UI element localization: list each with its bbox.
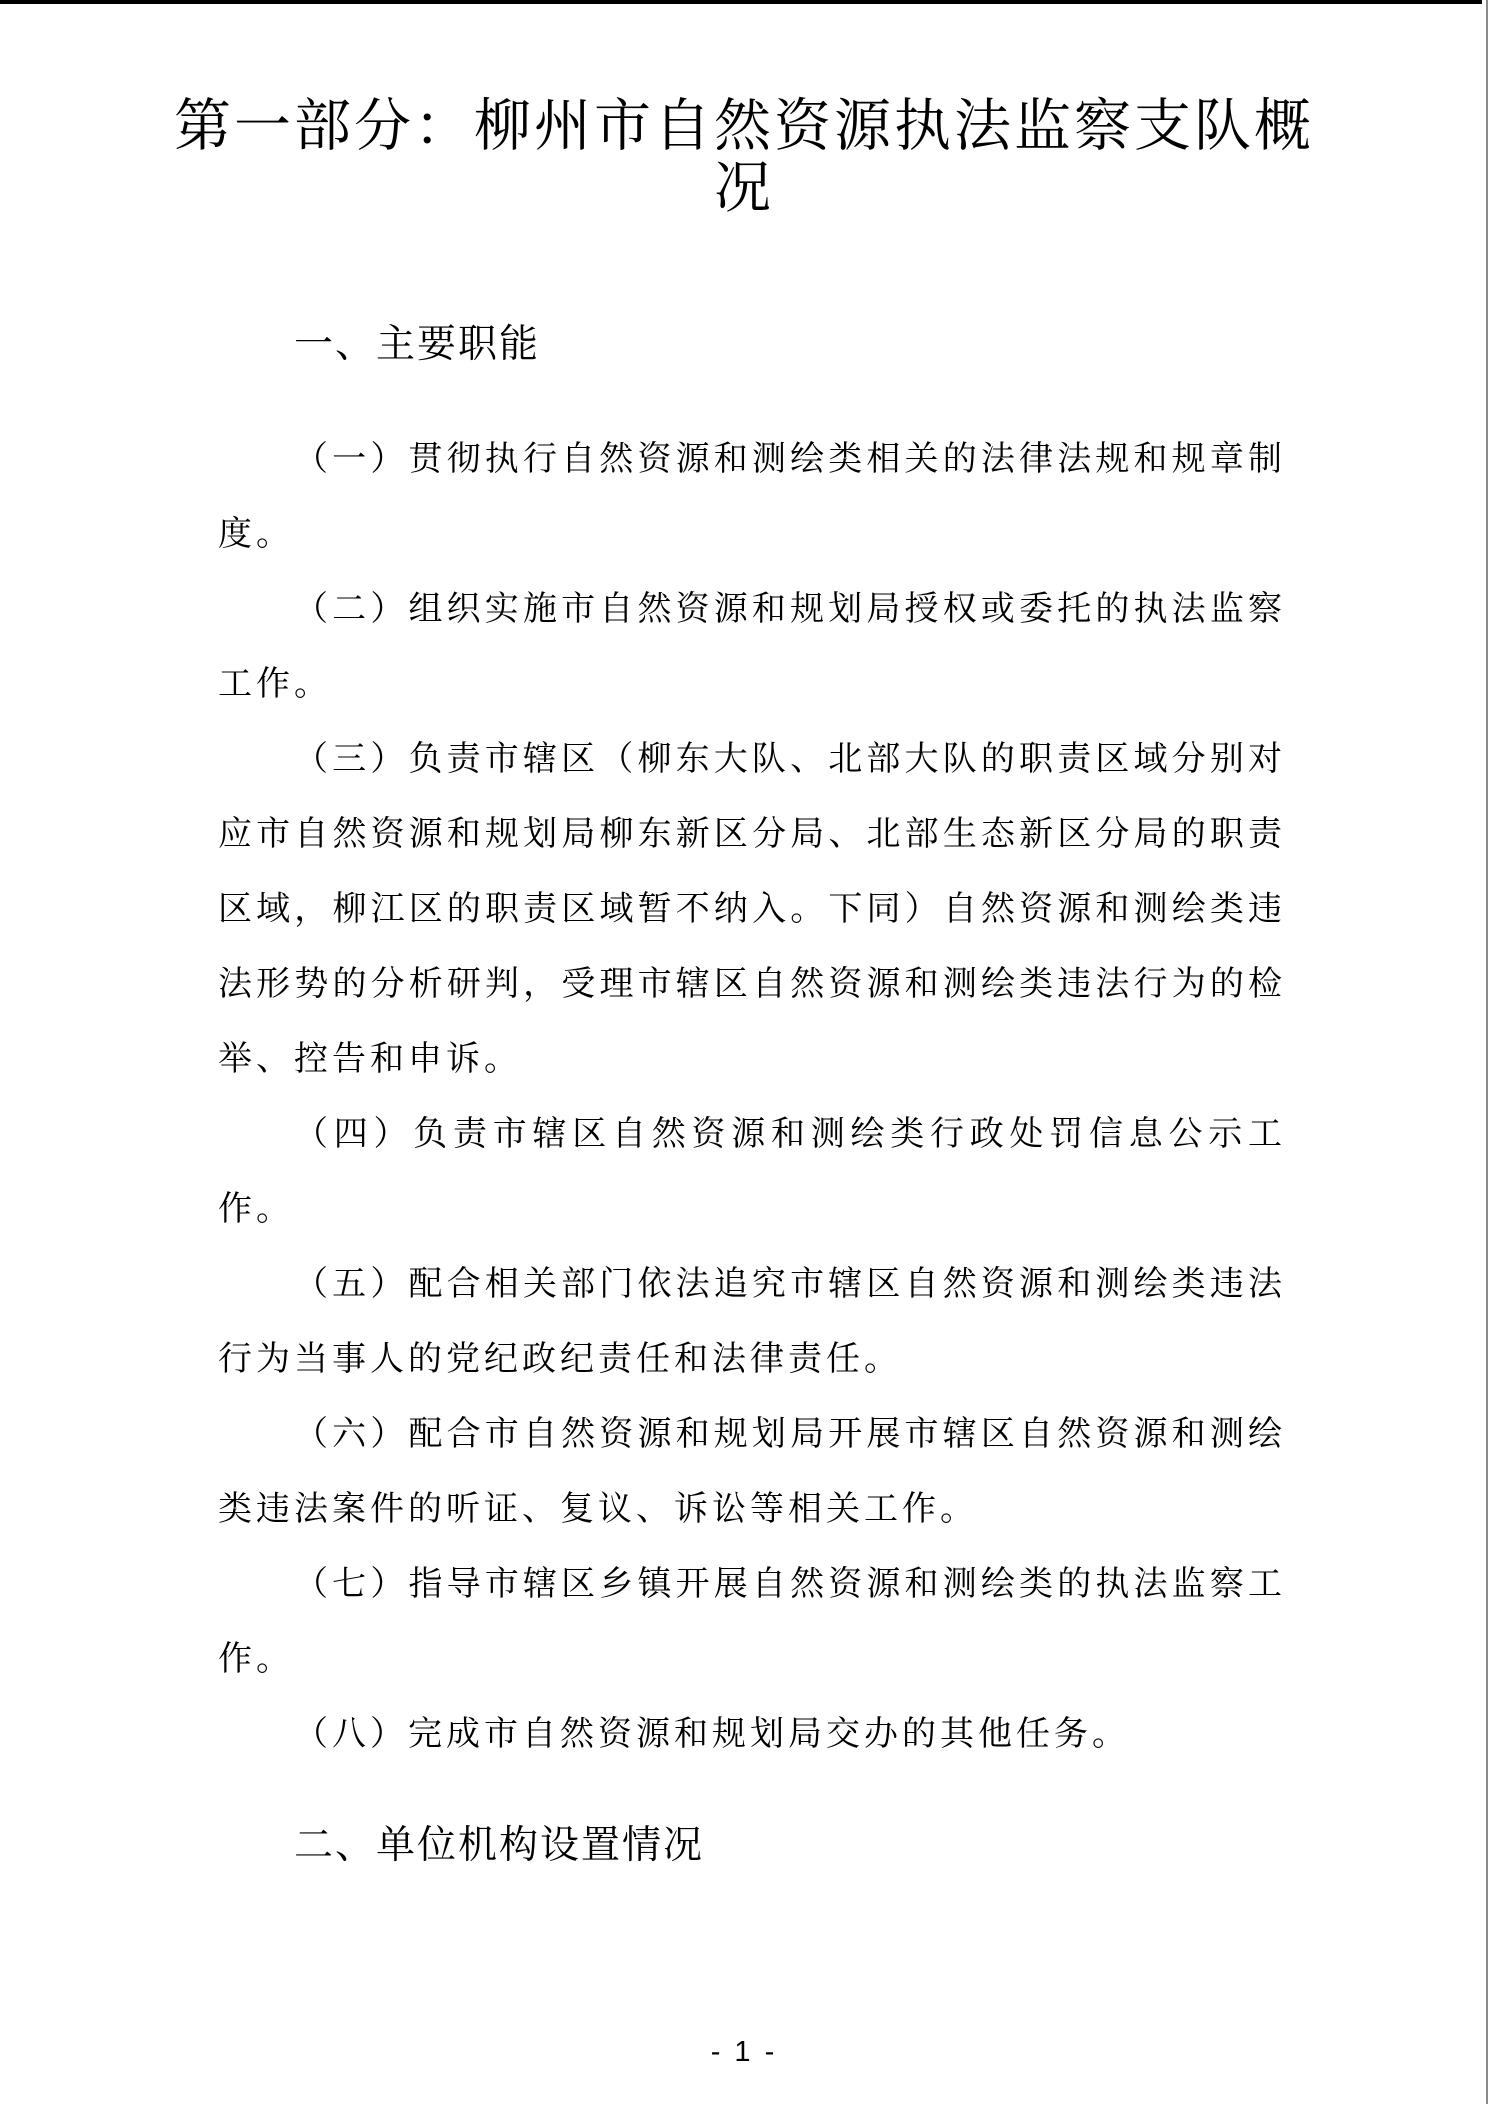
clause-paragraph-6: （六）配合市自然资源和规划局开展市辖区自然资源和测绘类违法案件的听证、复议、诉讼… (218, 1397, 1286, 1547)
page-number: - 1 - (0, 2036, 1488, 2069)
clause-paragraph-5: （五）配合相关部门依法追究市辖区自然资源和测绘类违法行为当事人的党纪政纪责任和法… (218, 1247, 1286, 1397)
page-top-border (0, 0, 1482, 4)
clause-paragraph-3: （三）负责市辖区（柳东大队、北部大队的职责区域分别对应市自然资源和规划局柳东新区… (218, 722, 1286, 1097)
section-heading-main-duties: 一、主要职能 (218, 307, 1286, 382)
clause-paragraph-4: （四）负责市辖区自然资源和测绘类行政处罚信息公示工作。 (218, 1097, 1286, 1247)
clause-paragraph-2: （二）组织实施市自然资源和规划局授权或委托的执法监察工作。 (218, 572, 1286, 722)
clause-paragraph-7: （七）指导市辖区乡镇开展自然资源和测绘类的执法监察工作。 (218, 1547, 1286, 1697)
document-page: 第一部分：柳州市自然资源执法监察支队概 况 一、主要职能 （一）贯彻执行自然资源… (0, 0, 1488, 2104)
section-heading-org-setup: 二、单位机构设置情况 (218, 1808, 1286, 1883)
document-title: 第一部分：柳州市自然资源执法监察支队概 况 (0, 95, 1488, 219)
clause-paragraph-1: （一）贯彻执行自然资源和测绘类相关的法律法规和规章制度。 (218, 422, 1286, 572)
clause-paragraph-8: （八）完成市自然资源和规划局交办的其他任务。 (218, 1697, 1286, 1772)
document-title-line-1: 第一部分：柳州市自然资源执法监察支队概 (0, 95, 1488, 157)
document-body: 一、主要职能 （一）贯彻执行自然资源和测绘类相关的法律法规和规章制度。 （二）组… (0, 307, 1488, 1883)
document-title-line-2: 况 (0, 157, 1488, 219)
